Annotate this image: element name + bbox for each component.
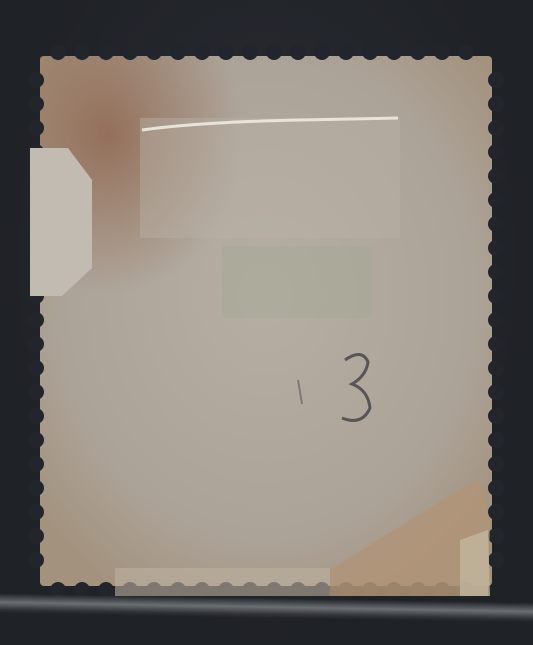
hinge-top xyxy=(140,118,400,238)
hinge-left xyxy=(30,148,92,296)
stamp xyxy=(0,0,533,645)
perforations-right xyxy=(488,72,504,568)
stamp-back-illustration xyxy=(0,0,533,645)
greenish-mark xyxy=(222,246,372,318)
perforations-left xyxy=(28,72,44,568)
